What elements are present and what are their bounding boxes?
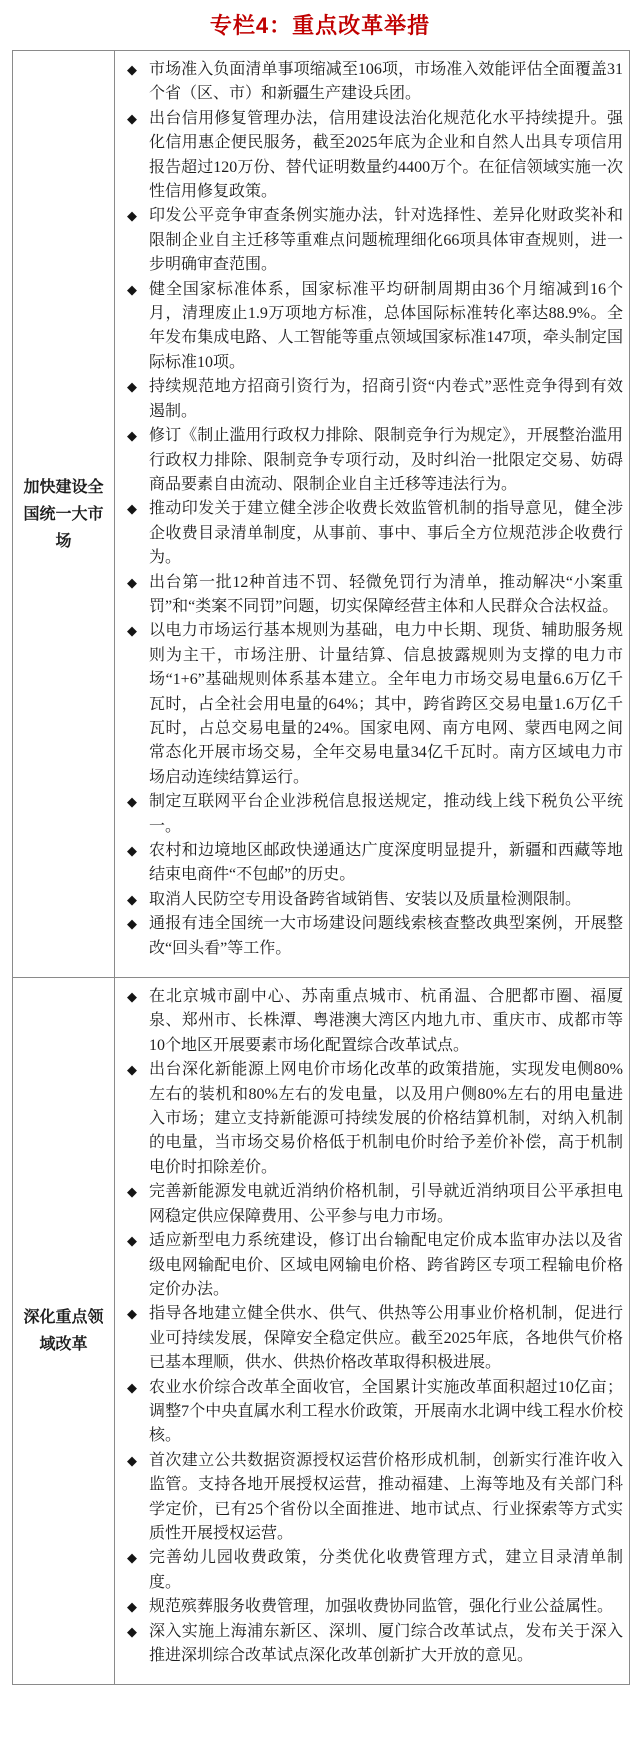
bullet-text: 印发公平竞争审查条例实施办法，针对选择性、差异化财政奖补和限制企业自主迁移等重难… bbox=[149, 204, 623, 277]
bullet-text: 适应新型电力系统建设，修订出台输配电定价成本监审办法以及省级电网输配电价、区域电… bbox=[149, 1229, 623, 1302]
diamond-bullet-icon: ◆ bbox=[125, 1546, 149, 1570]
bullet-text: 通报有违全国统一大市场建设问题线索核查整改典型案例，开展整改“回头看”等工作。 bbox=[149, 912, 623, 961]
bullet-text: 完善新能源发电就近消纳价格机制，引导就近消纳项目公平承担电网稳定供应保障费用、公… bbox=[149, 1180, 623, 1229]
diamond-bullet-icon: ◆ bbox=[125, 1302, 149, 1326]
diamond-bullet-icon: ◆ bbox=[125, 1180, 149, 1204]
section-content: ◆ 市场准入负面清单事项缩减至106项，市场准入效能评估全面覆盖31个省（区、市… bbox=[115, 51, 629, 977]
list-item: ◆ 推动印发关于建立健全涉企收费长效监管机制的指导意见，健全涉企收费目录清单制度… bbox=[125, 497, 623, 570]
list-item: ◆ 指导各地建立健全供水、供气、供热等公用事业价格机制，促进行业可持续发展，保障… bbox=[125, 1302, 623, 1375]
bullet-text: 出台第一批12种首违不罚、轻微免罚行为清单，推动解决“小案重罚”和“类案不同罚”… bbox=[149, 571, 623, 620]
list-item: ◆ 健全国家标准体系，国家标准平均研制周期由36个月缩减到16个月，清理废止1.… bbox=[125, 278, 623, 376]
diamond-bullet-icon: ◆ bbox=[125, 1229, 149, 1253]
bullet-text: 在北京城市副中心、苏南重点城市、杭甬温、合肥都市圈、福厦泉、郑州市、长株潭、粤港… bbox=[149, 985, 623, 1058]
list-item: ◆ 完善幼儿园收费政策，分类优化收费管理方式，建立目录清单制度。 bbox=[125, 1546, 623, 1595]
list-item: ◆ 首次建立公共数据资源授权运营价格形成机制，创新实行准许收入监管。支持各地开展… bbox=[125, 1449, 623, 1547]
list-item: ◆ 深入实施上海浦东新区、深圳、厦门综合改革试点，发布关于深入推进深圳综合改革试… bbox=[125, 1620, 623, 1669]
bullet-text: 出台信用修复管理办法，信用建设法治化规范化水平持续提升。强化信用惠企便民服务，截… bbox=[149, 107, 623, 205]
list-item: ◆ 出台深化新能源上网电价市场化改革的政策措施，实现发电侧80%左右的装机和80… bbox=[125, 1058, 623, 1180]
list-item: ◆ 适应新型电力系统建设，修订出台输配电定价成本监审办法以及省级电网输配电价、区… bbox=[125, 1229, 623, 1302]
list-item: ◆ 以电力市场运行基本规则为基础，电力中长期、现货、辅助服务规则为主干，市场注册… bbox=[125, 619, 623, 790]
bullet-text: 完善幼儿园收费政策，分类优化收费管理方式，建立目录清单制度。 bbox=[149, 1546, 623, 1595]
diamond-bullet-icon: ◆ bbox=[125, 1376, 149, 1400]
page-title: 专栏4：重点改革举措 bbox=[0, 0, 640, 50]
diamond-bullet-icon: ◆ bbox=[125, 985, 149, 1009]
diamond-bullet-icon: ◆ bbox=[125, 375, 149, 399]
bullet-text: 出台深化新能源上网电价市场化改革的政策措施，实现发电侧80%左右的装机和80%左… bbox=[149, 1058, 623, 1180]
bullet-text: 市场准入负面清单事项缩减至106项，市场准入效能评估全面覆盖31个省（区、市）和… bbox=[149, 58, 623, 107]
bullet-text: 以电力市场运行基本规则为基础，电力中长期、现货、辅助服务规则为主干，市场注册、计… bbox=[149, 619, 623, 790]
diamond-bullet-icon: ◆ bbox=[125, 619, 149, 643]
list-item: ◆ 出台第一批12种首违不罚、轻微免罚行为清单，推动解决“小案重罚”和“类案不同… bbox=[125, 571, 623, 620]
bullet-text: 首次建立公共数据资源授权运营价格形成机制，创新实行准许收入监管。支持各地开展授权… bbox=[149, 1449, 623, 1547]
table-row: 加快建设全国统一大市场 ◆ 市场准入负面清单事项缩减至106项，市场准入效能评估… bbox=[13, 51, 629, 977]
list-item: ◆ 农业水价综合改革全面收官，全国累计实施改革面积超过10亿亩；调整7个中央直属… bbox=[125, 1376, 623, 1449]
document-page: 专栏4：重点改革举措 加快建设全国统一大市场 ◆ 市场准入负面清单事项缩减至10… bbox=[0, 0, 640, 1738]
list-item: ◆ 修订《制止滥用行政权力排除、限制竞争行为规定》，开展整治滥用行政权力排除、限… bbox=[125, 424, 623, 497]
diamond-bullet-icon: ◆ bbox=[125, 1620, 149, 1644]
reform-measures-table: 加快建设全国统一大市场 ◆ 市场准入负面清单事项缩减至106项，市场准入效能评估… bbox=[12, 50, 630, 1685]
diamond-bullet-icon: ◆ bbox=[125, 1449, 149, 1473]
bullet-text: 取消人民防空专用设备跨省域销售、安装以及质量检测限制。 bbox=[149, 888, 623, 912]
diamond-bullet-icon: ◆ bbox=[125, 497, 149, 521]
diamond-bullet-icon: ◆ bbox=[125, 204, 149, 228]
list-item: ◆ 通报有违全国统一大市场建设问题线索核查整改典型案例，开展整改“回头看”等工作… bbox=[125, 912, 623, 961]
bullet-list: ◆ 市场准入负面清单事项缩减至106项，市场准入效能评估全面覆盖31个省（区、市… bbox=[125, 58, 623, 961]
bullet-text: 健全国家标准体系，国家标准平均研制周期由36个月缩减到16个月，清理废止1.9万… bbox=[149, 278, 623, 376]
bullet-text: 深入实施上海浦东新区、深圳、厦门综合改革试点，发布关于深入推进深圳综合改革试点深… bbox=[149, 1620, 623, 1669]
diamond-bullet-icon: ◆ bbox=[125, 278, 149, 302]
bullet-text: 推动印发关于建立健全涉企收费长效监管机制的指导意见，健全涉企收费目录清单制度，从… bbox=[149, 497, 623, 570]
section-content: ◆ 在北京城市副中心、苏南重点城市、杭甬温、合肥都市圈、福厦泉、郑州市、长株潭、… bbox=[115, 978, 629, 1684]
list-item: ◆ 市场准入负面清单事项缩减至106项，市场准入效能评估全面覆盖31个省（区、市… bbox=[125, 58, 623, 107]
bullet-list: ◆ 在北京城市副中心、苏南重点城市、杭甬温、合肥都市圈、福厦泉、郑州市、长株潭、… bbox=[125, 985, 623, 1668]
list-item: ◆ 持续规范地方招商引资行为，招商引资“内卷式”恶性竞争得到有效遏制。 bbox=[125, 375, 623, 424]
bullet-text: 制定互联网平台企业涉税信息报送规定，推动线上线下税负公平统一。 bbox=[149, 790, 623, 839]
diamond-bullet-icon: ◆ bbox=[125, 571, 149, 595]
bullet-text: 修订《制止滥用行政权力排除、限制竞争行为规定》，开展整治滥用行政权力排除、限制竞… bbox=[149, 424, 623, 497]
list-item: ◆ 规范殡葬服务收费管理，加强收费协同监管，强化行业公益属性。 bbox=[125, 1595, 623, 1619]
diamond-bullet-icon: ◆ bbox=[125, 107, 149, 131]
bullet-text: 指导各地建立健全供水、供气、供热等公用事业价格机制，促进行业可持续发展，保障安全… bbox=[149, 1302, 623, 1375]
list-item: ◆ 农村和边境地区邮政快递通达广度深度明显提升，新疆和西藏等地结束电商件“不包邮… bbox=[125, 839, 623, 888]
bullet-text: 持续规范地方招商引资行为，招商引资“内卷式”恶性竞争得到有效遏制。 bbox=[149, 375, 623, 424]
diamond-bullet-icon: ◆ bbox=[125, 888, 149, 912]
list-item: ◆ 取消人民防空专用设备跨省域销售、安装以及质量检测限制。 bbox=[125, 888, 623, 912]
section-label: 深化重点领域改革 bbox=[13, 978, 115, 1684]
diamond-bullet-icon: ◆ bbox=[125, 839, 149, 863]
bullet-text: 农村和边境地区邮政快递通达广度深度明显提升，新疆和西藏等地结束电商件“不包邮”的… bbox=[149, 839, 623, 888]
diamond-bullet-icon: ◆ bbox=[125, 424, 149, 448]
diamond-bullet-icon: ◆ bbox=[125, 912, 149, 936]
list-item: ◆ 出台信用修复管理办法，信用建设法治化规范化水平持续提升。强化信用惠企便民服务… bbox=[125, 107, 623, 205]
table-row: 深化重点领域改革 ◆ 在北京城市副中心、苏南重点城市、杭甬温、合肥都市圈、福厦泉… bbox=[13, 977, 629, 1684]
list-item: ◆ 制定互联网平台企业涉税信息报送规定，推动线上线下税负公平统一。 bbox=[125, 790, 623, 839]
diamond-bullet-icon: ◆ bbox=[125, 1595, 149, 1619]
bullet-text: 规范殡葬服务收费管理，加强收费协同监管，强化行业公益属性。 bbox=[149, 1595, 623, 1619]
diamond-bullet-icon: ◆ bbox=[125, 58, 149, 82]
list-item: ◆ 印发公平竞争审查条例实施办法，针对选择性、差异化财政奖补和限制企业自主迁移等… bbox=[125, 204, 623, 277]
section-label: 加快建设全国统一大市场 bbox=[13, 51, 115, 977]
list-item: ◆ 完善新能源发电就近消纳价格机制，引导就近消纳项目公平承担电网稳定供应保障费用… bbox=[125, 1180, 623, 1229]
bullet-text: 农业水价综合改革全面收官，全国累计实施改革面积超过10亿亩；调整7个中央直属水利… bbox=[149, 1376, 623, 1449]
list-item: ◆ 在北京城市副中心、苏南重点城市、杭甬温、合肥都市圈、福厦泉、郑州市、长株潭、… bbox=[125, 985, 623, 1058]
diamond-bullet-icon: ◆ bbox=[125, 790, 149, 814]
diamond-bullet-icon: ◆ bbox=[125, 1058, 149, 1082]
